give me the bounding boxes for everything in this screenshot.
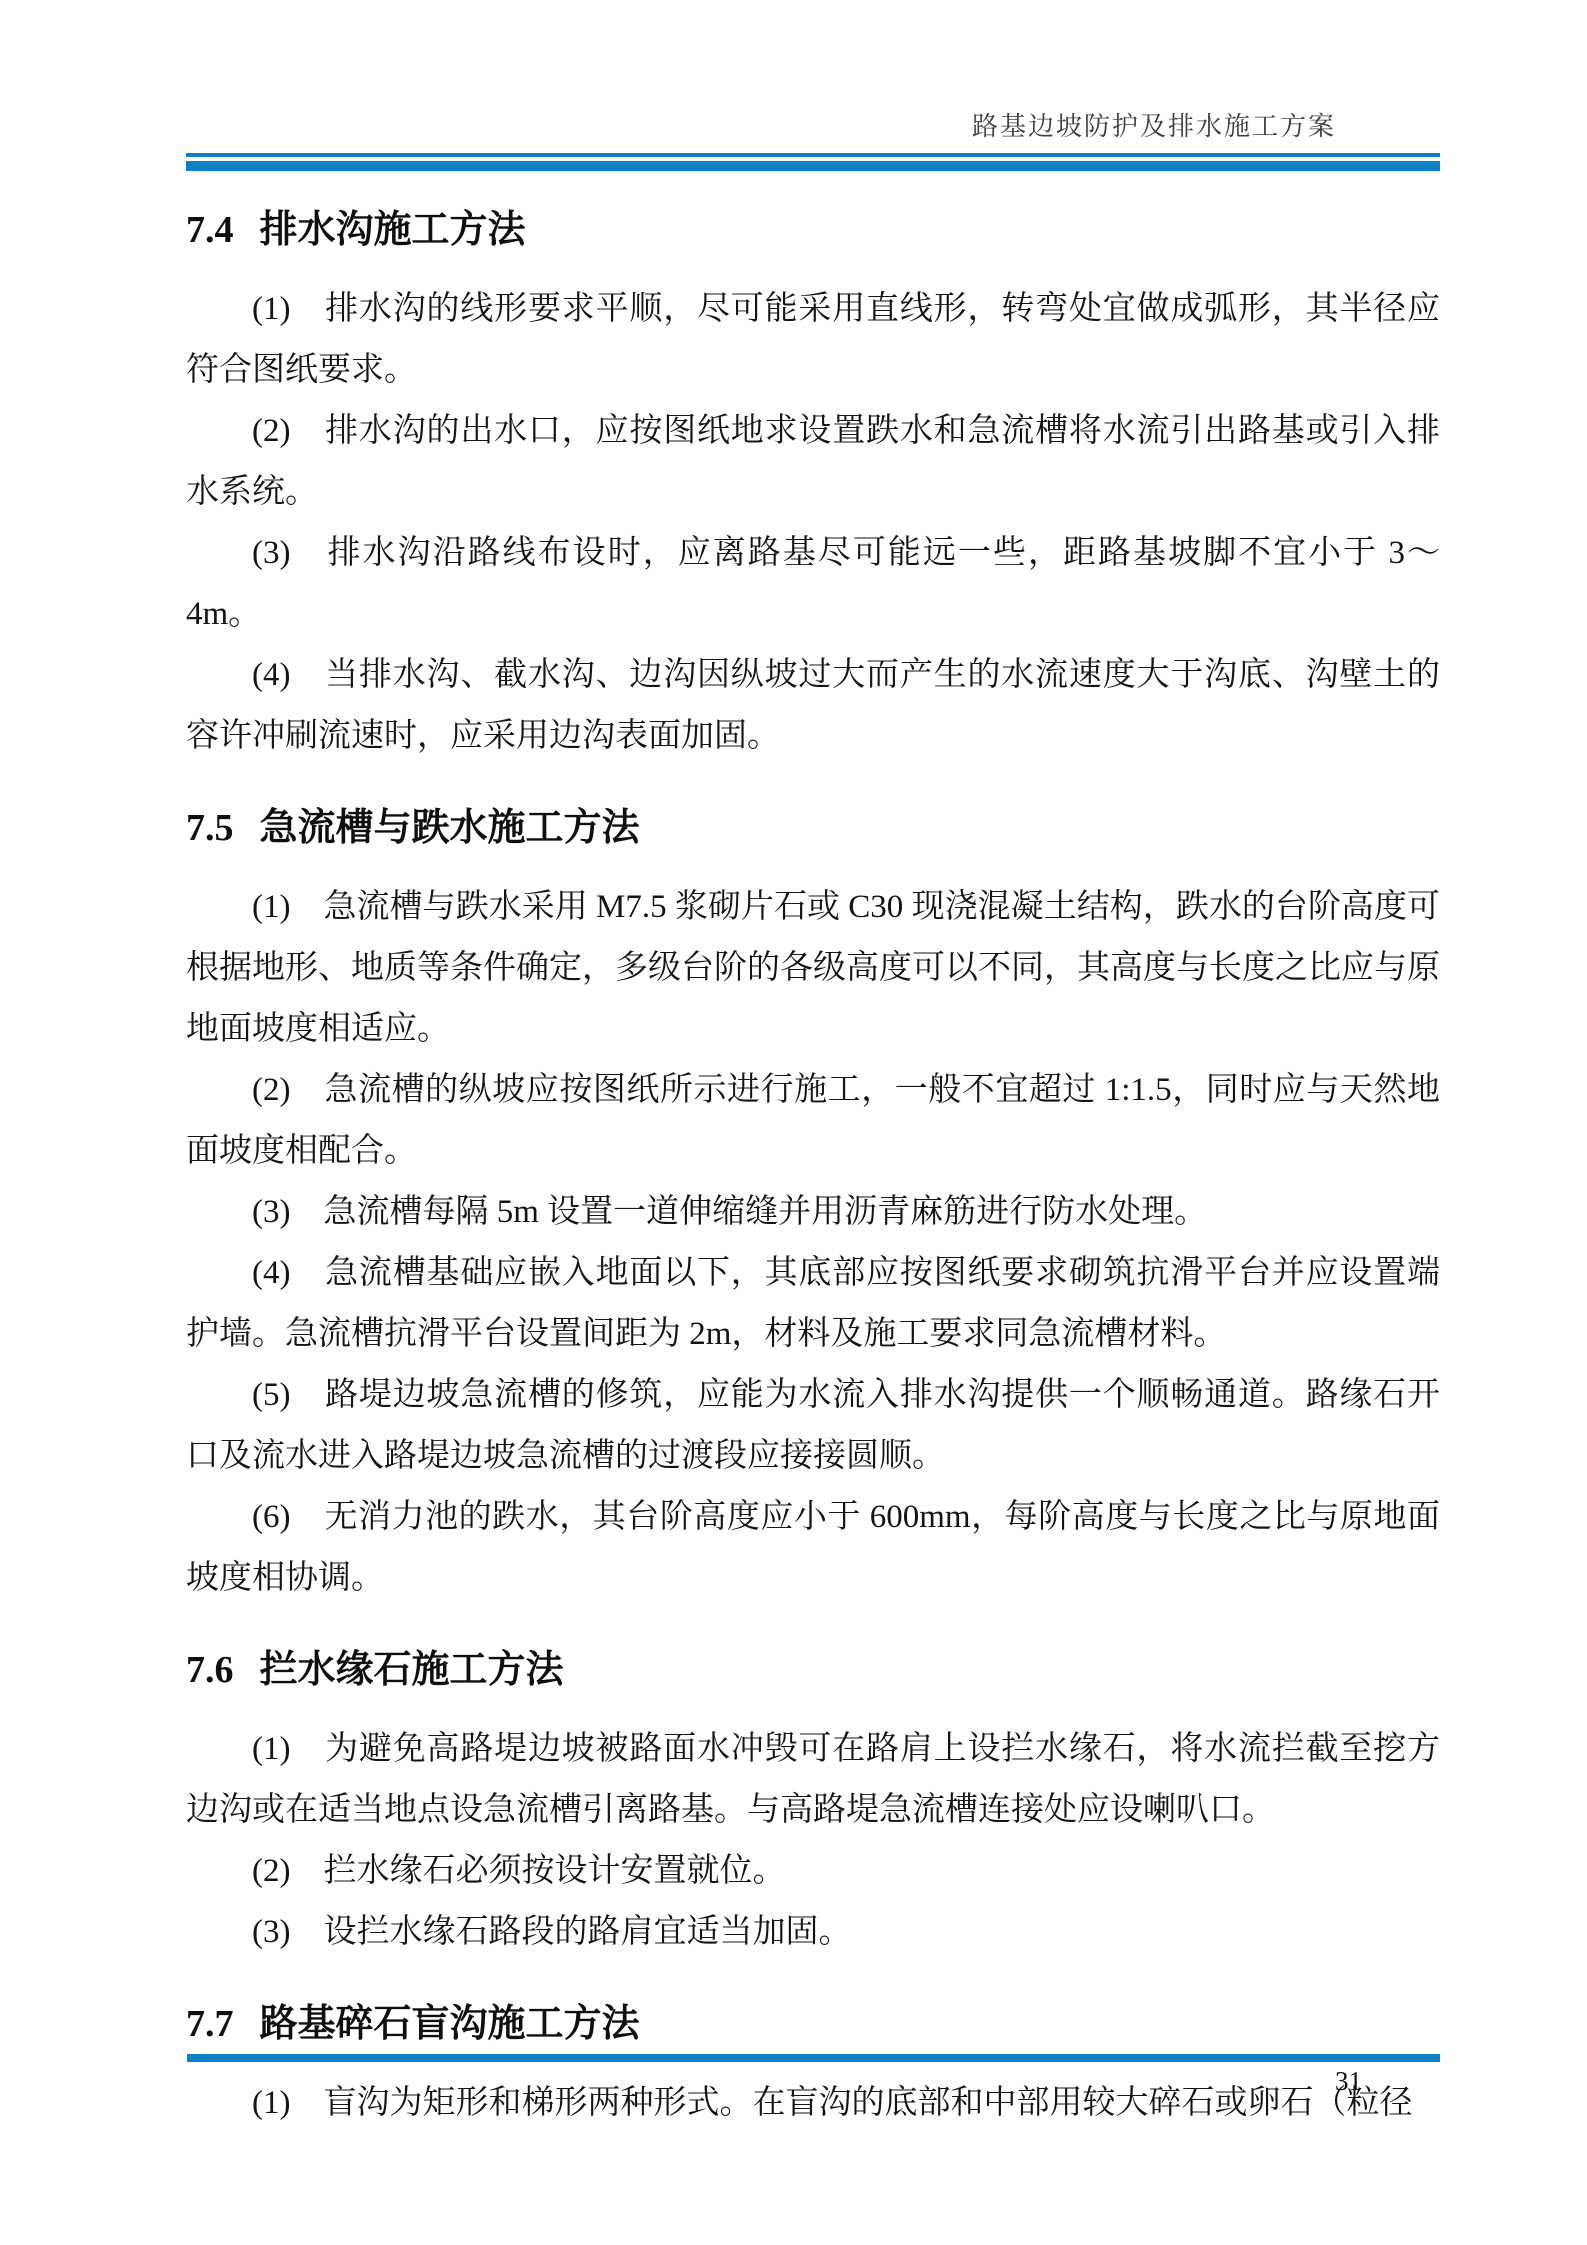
para-7-6-1: (1) 为避免高路堤边坡被路面水冲毁可在路肩上设拦水缘石，将水流拦截至挖方边沟或…: [186, 1719, 1440, 1841]
para-7-5-2: (2) 急流槽的纵坡应按图纸所示进行施工，一般不宜超过 1:1.5，同时应与天然…: [186, 1060, 1440, 1182]
para-7-5-1: (1) 急流槽与跌水采用 M7.5 浆砌片石或 C30 现浇混凝土结构，跌水的台…: [186, 877, 1440, 1060]
page-number: 31: [186, 2066, 1440, 2097]
page-header: 路基边坡防护及排水施工方案: [0, 0, 1587, 171]
section-number: 7.6: [186, 1649, 234, 1691]
para-7-4-4: (4) 当排水沟、截水沟、边沟因纵坡过大而产生的水流速度大于沟底、沟壁土的容许冲…: [186, 645, 1440, 767]
para-7-5-4: (4) 急流槽基础应嵌入地面以下，其底部应按图纸要求砌筑抗滑平台并应设置端护墙。…: [186, 1243, 1440, 1365]
section-title: 拦水缘石施工方法: [260, 1649, 564, 1691]
section-title: 路基碎石盲沟施工方法: [260, 2003, 640, 2045]
section-title: 排水沟施工方法: [260, 209, 526, 251]
section-heading-7-5: 7.5急流槽与跌水施工方法: [186, 803, 1440, 853]
footer-rule: [187, 2054, 1440, 2062]
para-7-4-2: (2) 排水沟的出水口，应按图纸地求设置跌水和急流槽将水流引出路基或引入排水系统…: [186, 401, 1440, 523]
header-rule-thin: [186, 153, 1440, 157]
section-number: 7.4: [186, 209, 234, 251]
para-7-5-5: (5) 路堤边坡急流槽的修筑，应能为水流入排水沟提供一个顺畅通道。路缘石开口及流…: [186, 1365, 1440, 1487]
para-7-6-2: (2) 拦水缘石必须按设计安置就位。: [186, 1841, 1440, 1902]
section-heading-7-4: 7.4排水沟施工方法: [186, 205, 1440, 255]
section-number: 7.7: [186, 2003, 234, 2045]
document-body: 7.4排水沟施工方法 (1) 排水沟的线形要求平顺，尽可能采用直线形，转弯处宜做…: [0, 205, 1587, 2134]
header-title: 路基边坡防护及排水施工方案: [186, 0, 1440, 143]
para-7-4-1: (1) 排水沟的线形要求平顺，尽可能采用直线形，转弯处宜做成弧形，其半径应符合图…: [186, 279, 1440, 401]
para-7-5-3: (3) 急流槽每隔 5m 设置一道伸缩缝并用沥青麻筋进行防水处理。: [186, 1182, 1440, 1243]
document-page: 路基边坡防护及排水施工方案 7.4排水沟施工方法 (1) 排水沟的线形要求平顺，…: [0, 0, 1587, 2245]
section-title: 急流槽与跌水施工方法: [260, 807, 640, 849]
para-7-6-3: (3) 设拦水缘石路段的路肩宜适当加固。: [186, 1902, 1440, 1963]
para-7-5-6: (6) 无消力池的跌水，其台阶高度应小于 600mm，每阶高度与长度之比与原地面…: [186, 1487, 1440, 1609]
section-number: 7.5: [186, 807, 234, 849]
header-rule-thick: [186, 161, 1440, 171]
section-heading-7-6: 7.6拦水缘石施工方法: [186, 1645, 1440, 1695]
para-7-4-3: (3) 排水沟沿路线布设时，应离路基尽可能远一些，距路基坡脚不宜小于 3～4m。: [186, 523, 1440, 645]
section-heading-7-7: 7.7路基碎石盲沟施工方法: [186, 1999, 1440, 2049]
